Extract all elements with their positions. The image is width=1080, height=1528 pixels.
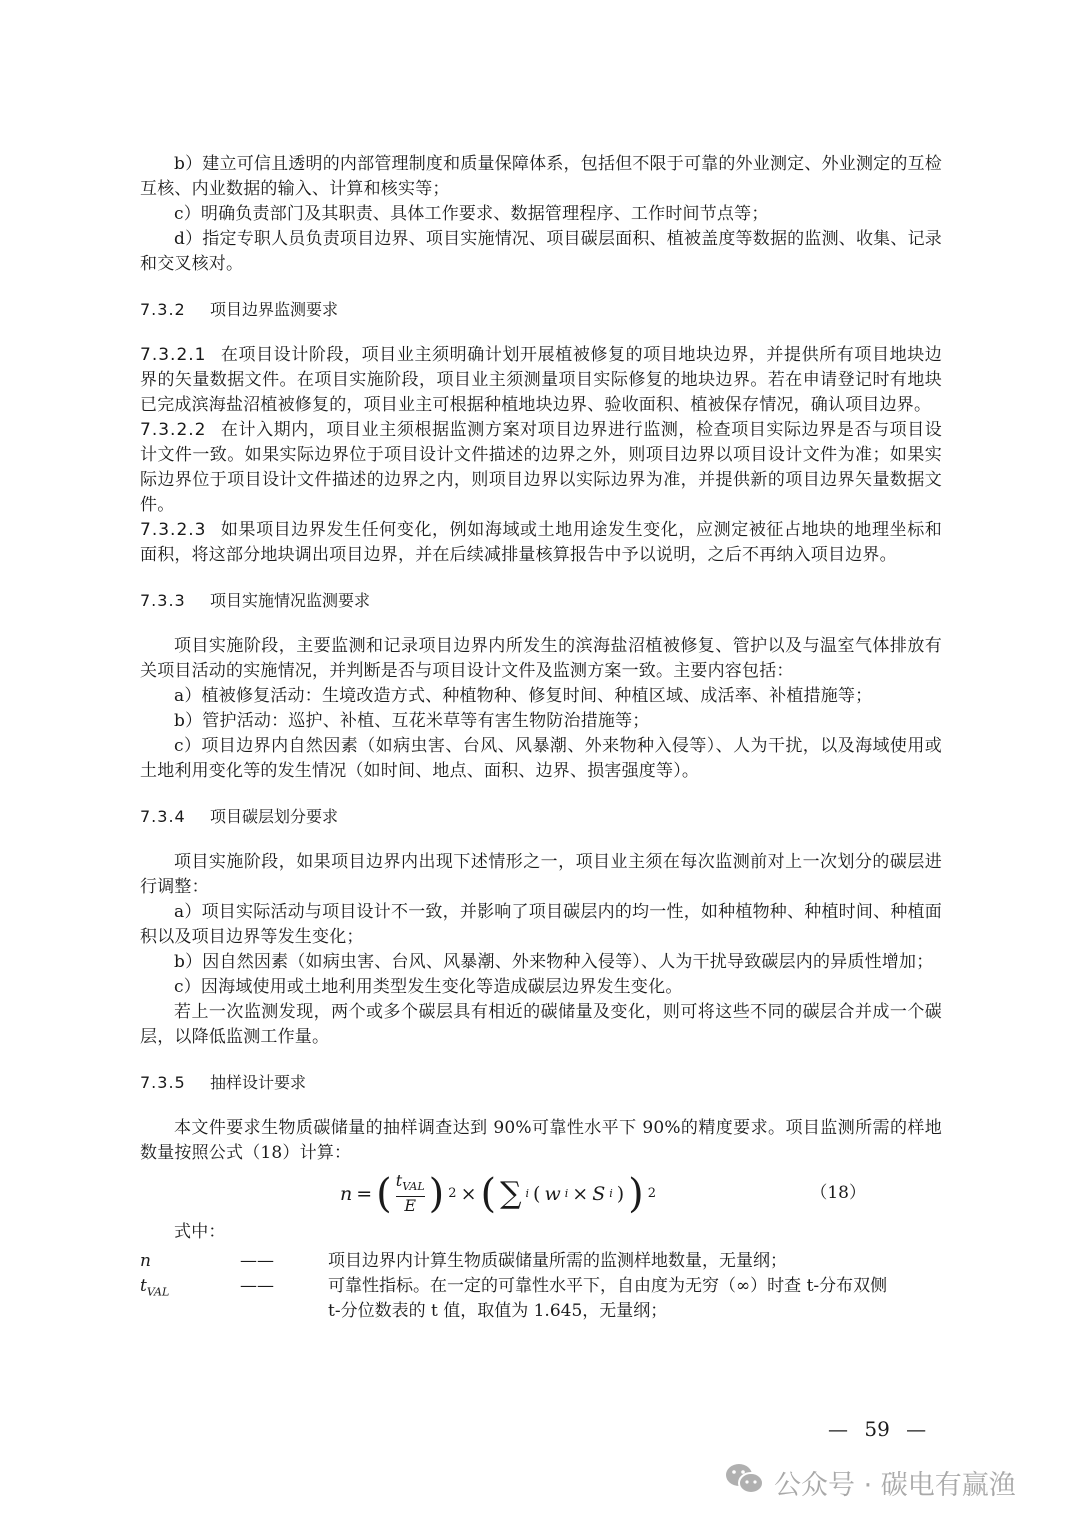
list-item: b）管护活动：巡护、补植、互花米草等有害生物防治措施等；	[140, 709, 942, 734]
page-number: — 59 —	[828, 1417, 926, 1441]
section-intro: 本文件要求生物质碳储量的抽样调查达到 90%可靠性水平下 90%的精度要求。项目…	[140, 1116, 942, 1166]
watermark: 公众号 · 碳电有赢渔	[724, 1462, 1016, 1503]
list-item: a）项目实际活动与项目设计不一致，并影响了项目碳层内的均一性，如种植物种、种植时…	[140, 900, 942, 950]
clause-7-3-2-1: 7.3.2.1在项目设计阶段，项目业主须明确计划开展植被修复的项目地块边界，并提…	[140, 343, 942, 418]
section-closing: 若上一次监测发现，两个或多个碳层具有相近的碳储量及变化，则可将这些不同的碳层合并…	[140, 1000, 942, 1050]
watermark-text: 公众号 · 碳电有赢渔	[774, 1463, 1016, 1502]
variable-row: n —— 项目边界内计算生物质碳储量所需的监测样地数量，无量纲；	[140, 1249, 942, 1274]
section-heading-7-3-2: 7.3.2项目边界监测要求	[140, 297, 942, 322]
list-item: c）因海域使用或土地利用类型发生变化等造成碳层边界发生变化。	[140, 975, 942, 1000]
section-heading-7-3-3: 7.3.3项目实施情况监测要求	[140, 588, 942, 613]
wechat-icon	[724, 1462, 766, 1503]
list-item: b）建立可信且透明的内部管理制度和质量保障体系，包括但不限于可靠的外业测定、外业…	[140, 152, 942, 202]
clause-7-3-2-2: 7.3.2.2在计入期内，项目业主须根据监测方案对项目边界进行监测，检查项目实际…	[140, 418, 942, 518]
document-page: b）建立可信且透明的内部管理制度和质量保障体系，包括但不限于可靠的外业测定、外业…	[140, 152, 942, 1324]
section-intro: 项目实施阶段，如果项目边界内出现下述情形之一，项目业主须在每次监测前对上一次划分…	[140, 850, 942, 900]
list-item: d）指定专职人员负责项目边界、项目实施情况、项目碳层面积、植被盖度等数据的监测、…	[140, 227, 942, 277]
list-item: c）明确负责部门及其职责、具体工作要求、数据管理程序、工作时间节点等；	[140, 202, 942, 227]
section-heading-7-3-5: 7.3.5抽样设计要求	[140, 1070, 942, 1095]
formula-18: n = ( tVALE )2 × ( ∑i (wi × Si) )2 （18）	[140, 1166, 942, 1220]
list-item: b）因自然因素（如病虫害、台风、风暴潮、外来物种入侵等）、人为干扰导致碳层内的异…	[140, 950, 942, 975]
variable-row: tVAL —— 可靠性指标。在一定的可靠性水平下，自由度为无穷（∞）时查 t-分…	[140, 1274, 942, 1324]
list-item: c）项目边界内自然因素（如病虫害、台风、风暴潮、外来物种入侵等）、人为干扰，以及…	[140, 734, 942, 784]
section-heading-7-3-4: 7.3.4项目碳层划分要求	[140, 804, 942, 829]
equation-number: （18）	[810, 1178, 866, 1203]
where-label: 式中：	[140, 1220, 942, 1245]
variable-definitions: n —— 项目边界内计算生物质碳储量所需的监测样地数量，无量纲； tVAL ——…	[140, 1249, 942, 1324]
clause-7-3-2-3: 7.3.2.3如果项目边界发生任何变化，例如海域或土地用途发生变化，应测定被征占…	[140, 518, 942, 568]
list-item: a）植被修复活动：生境改造方式、种植物种、修复时间、种植区域、成活率、补植措施等…	[140, 684, 942, 709]
section-intro: 项目实施阶段，主要监测和记录项目边界内所发生的滨海盐沼植被修复、管护以及与温室气…	[140, 634, 942, 684]
